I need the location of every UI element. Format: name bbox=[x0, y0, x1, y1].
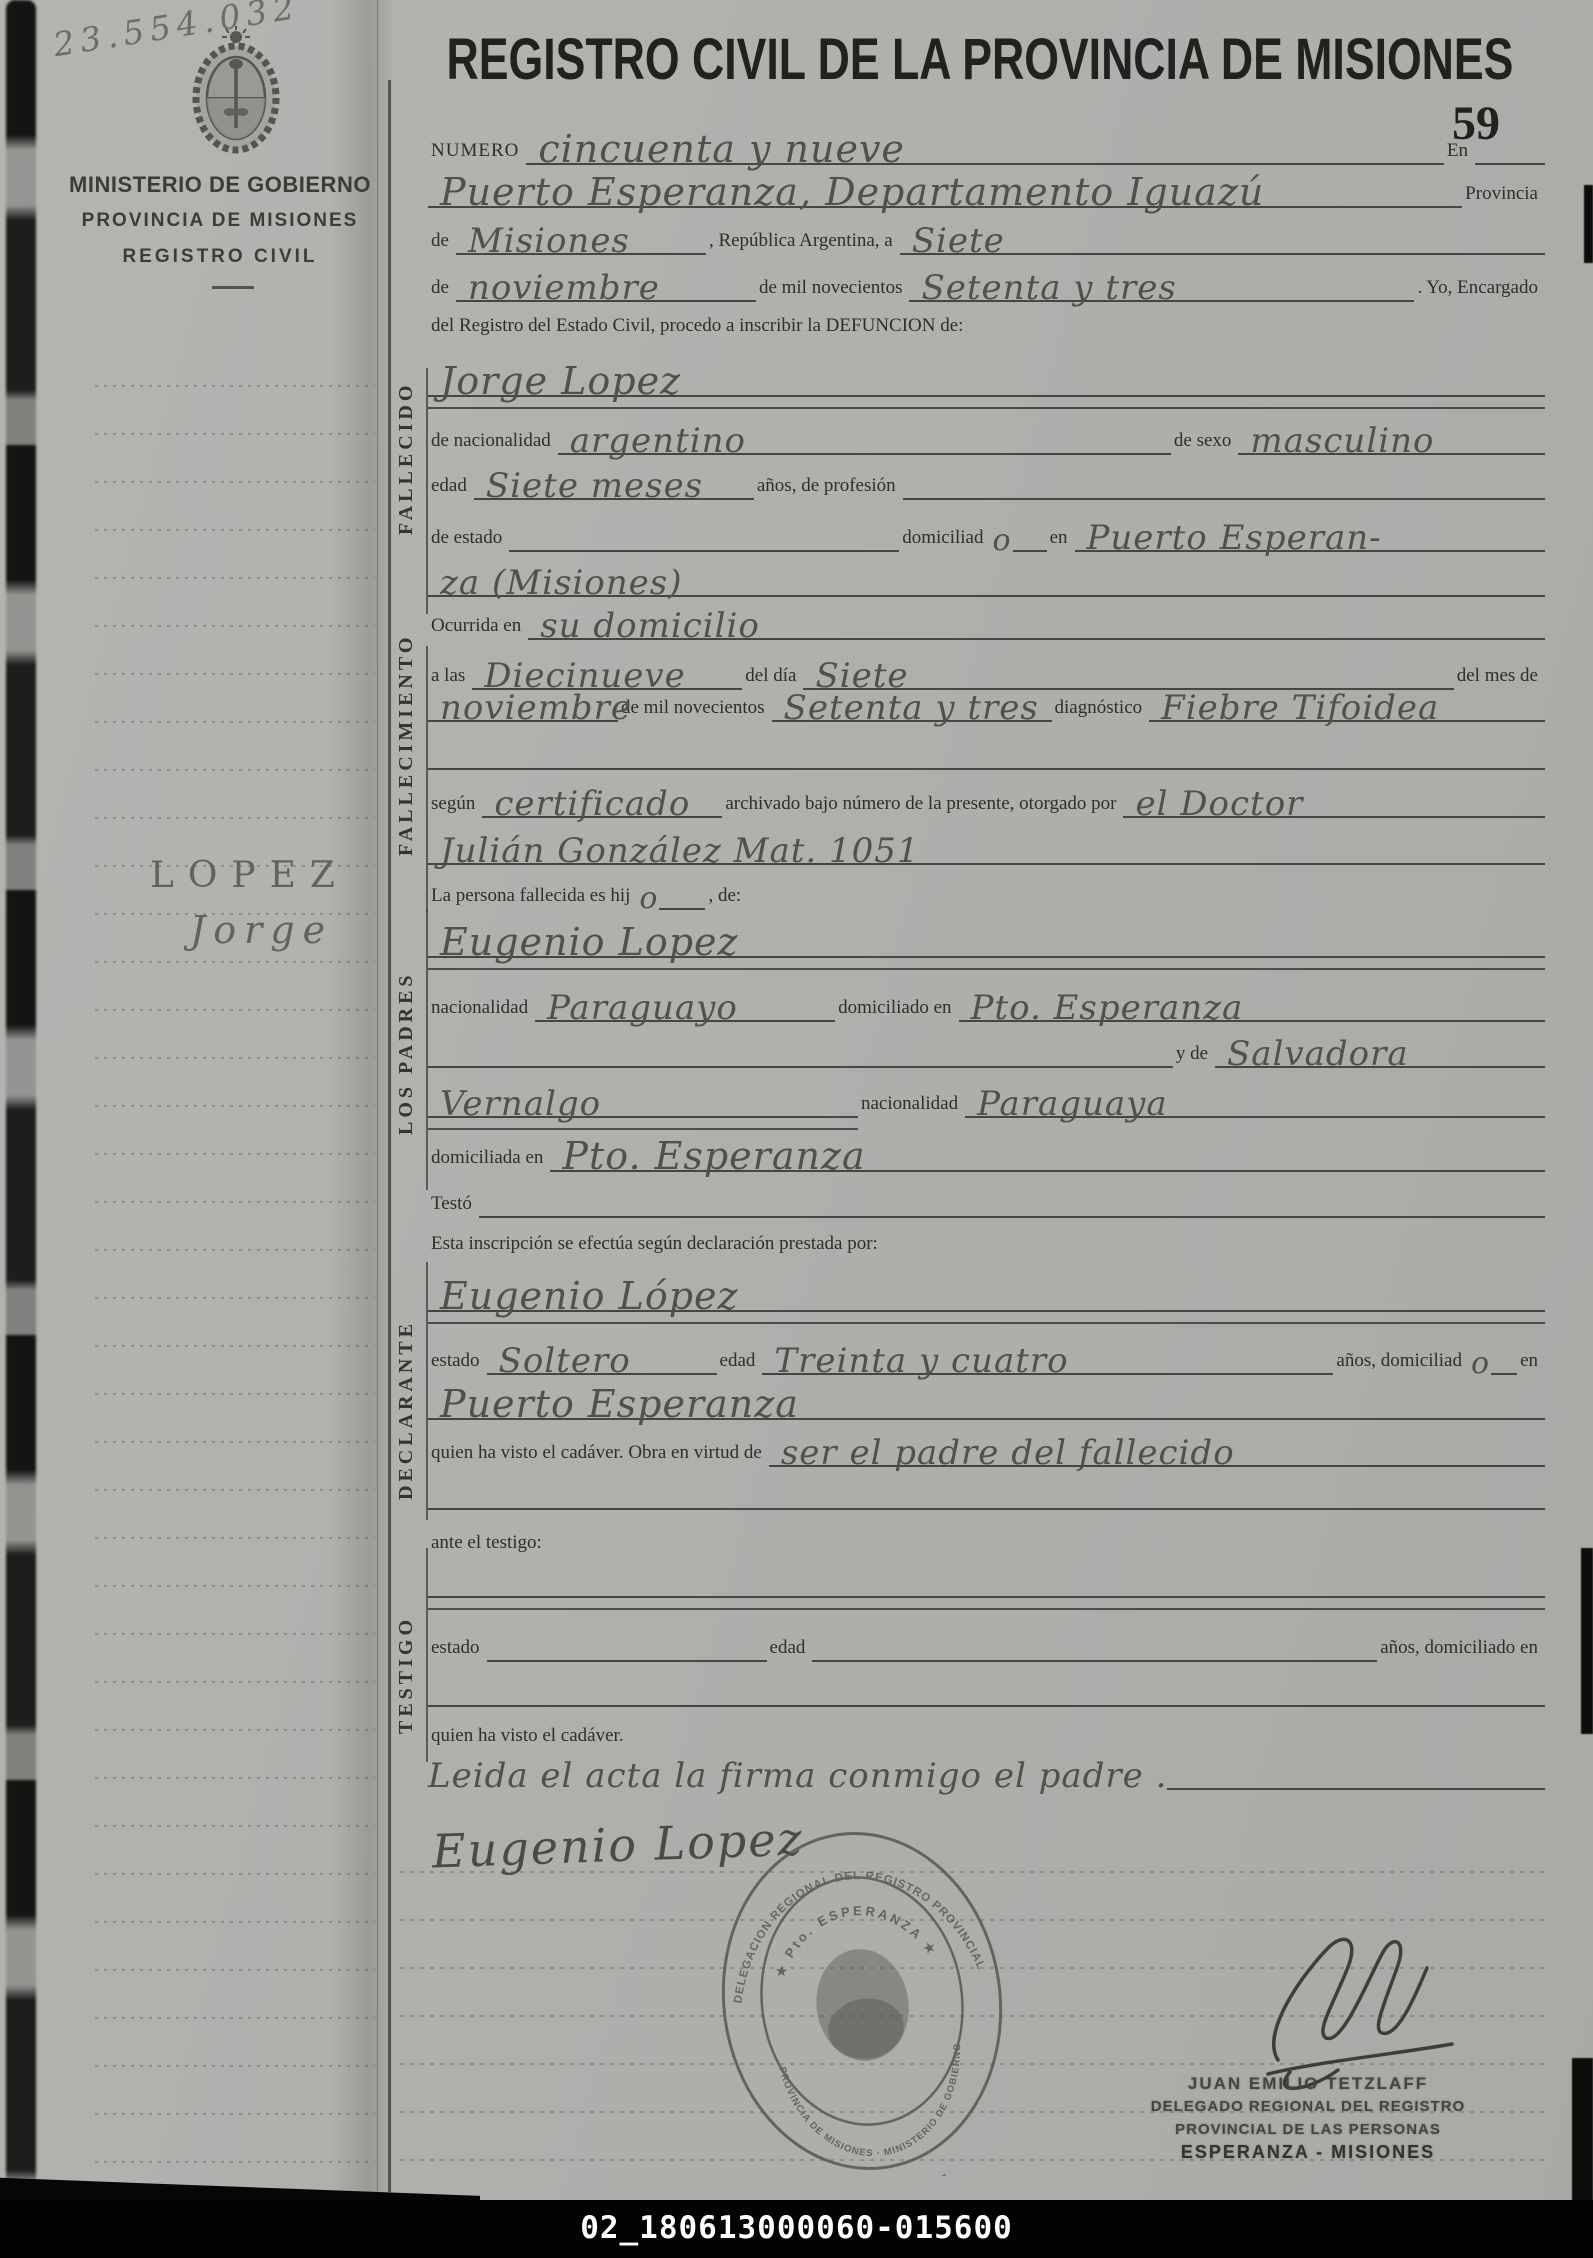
field-line-province: de Misiones , República Argentina, a Sie… bbox=[428, 211, 1545, 255]
mother-nationality-value: Paraguaya bbox=[977, 1084, 1168, 1124]
archived-label: archivado bajo número de la presente, ot… bbox=[722, 793, 1123, 818]
place-field: Puerto Esperanza, Departamento Iguazú bbox=[428, 162, 1462, 208]
day-field: Siete bbox=[900, 209, 1545, 255]
according-label: según bbox=[428, 793, 482, 818]
father-name-field: Eugenio Lopez bbox=[428, 912, 1545, 958]
argentina-coat-of-arms bbox=[188, 24, 284, 158]
mother-domicile-field: Pto. Esperanza bbox=[550, 1126, 1545, 1172]
occurred-value: su domicilio bbox=[540, 606, 760, 646]
occurred-field: su domicilio bbox=[528, 594, 1545, 640]
field-line-deceased-name: Jorge Lopez bbox=[428, 353, 1545, 397]
field-line-occurred: Ocurrida en su domicilio bbox=[428, 596, 1545, 640]
book-binding-edge bbox=[6, 0, 36, 2258]
sidebar-office: REGISTRO CIVIL bbox=[60, 246, 380, 268]
section-label-fallecimiento: FALLECIMIENTO bbox=[393, 606, 420, 884]
granted-by-value: el Doctor bbox=[1135, 784, 1303, 824]
declarant-domicile-value: Puerto Esperanza bbox=[440, 1382, 799, 1426]
mother-nationality-field: Paraguaya bbox=[965, 1072, 1545, 1118]
death-year-field: Setenta y tres bbox=[772, 676, 1052, 722]
field-line-nationality: de nacionalidad argentino de sexo mascul… bbox=[428, 411, 1545, 455]
mother-name-field: Salvadora bbox=[1215, 1022, 1545, 1068]
gender-ending-field bbox=[1013, 506, 1047, 552]
field-line-closing: Leida el acta la firma conmigo el padre … bbox=[428, 1746, 1545, 1790]
margin-ruled-lines bbox=[95, 340, 375, 2200]
field-line-mother-domicile: domiciliada en Pto. Esperanza bbox=[428, 1128, 1545, 1172]
mil-novecientos-label-2: de mil novecientos bbox=[618, 697, 772, 722]
declarant-domicile-field: Puerto Esperanza bbox=[428, 1374, 1545, 1420]
witness-age-field bbox=[812, 1616, 1377, 1662]
province-field: Misiones bbox=[456, 209, 706, 255]
double-rule bbox=[428, 1608, 1545, 1610]
diagnosis-label: diagnóstico bbox=[1052, 697, 1150, 722]
official-title-line: DELEGADO REGIONAL DEL REGISTRO bbox=[1112, 2095, 1504, 2118]
doctor-field: Julián González Mat. 1051 bbox=[428, 819, 1545, 865]
nationality-field: argentino bbox=[558, 409, 1171, 455]
father-domicile-field: Pto. Esperanza bbox=[959, 976, 1545, 1022]
deceased-name-field: Jorge Lopez bbox=[428, 351, 1545, 397]
declarant-gender-field bbox=[1491, 1329, 1517, 1375]
field-line-domicile-2: za (Misiones) bbox=[428, 553, 1545, 597]
field-line-declarant-state: estado Soltero edad Treinta y cuatro año… bbox=[428, 1331, 1545, 1375]
declarant-name-field: Eugenio López bbox=[428, 1266, 1545, 1312]
virtue-field: ser el padre del fallecido bbox=[769, 1421, 1545, 1467]
sidebar-divider bbox=[212, 286, 254, 289]
blank-field bbox=[428, 1022, 1173, 1068]
father-nationality-field: Paraguayo bbox=[535, 976, 835, 1022]
blank-line bbox=[428, 726, 1545, 770]
field-line-virtue: quien ha visto el cadáver. Obra en virtu… bbox=[428, 1423, 1545, 1467]
archive-code: 02_180613000060-015600 bbox=[0, 2200, 1593, 2256]
scan-edge-artifact bbox=[1572, 2058, 1593, 2204]
nationality-label: de nacionalidad bbox=[428, 430, 558, 455]
scan-edge-artifact bbox=[1581, 1548, 1593, 1734]
official-location-line: ESPERANZA - MISIONES bbox=[1112, 2141, 1504, 2164]
domicile-field-2: za (Misiones) bbox=[428, 551, 1545, 597]
section-label-declarante: DECLARANTE bbox=[393, 1316, 420, 1504]
witness-age-label: edad bbox=[767, 1637, 813, 1662]
declaration-label: Esta inscripción se efectúa según declar… bbox=[428, 1233, 885, 1258]
child-of-label: La persona fallecida es hij bbox=[428, 885, 637, 910]
province-value: Misiones bbox=[468, 221, 630, 261]
scan-footer-bar: 02_180613000060-015600 bbox=[0, 2200, 1593, 2258]
sex-label: de sexo bbox=[1171, 430, 1239, 455]
field-line-numero: NUMERO cincuenta y nueve En bbox=[428, 121, 1545, 165]
blank-field bbox=[428, 1552, 1545, 1598]
scanned-death-certificate: 23.554.032 MINISTERIO DE GOBIERNO PROVIN… bbox=[0, 0, 1593, 2258]
field-line-doctor: Julián González Mat. 1051 bbox=[428, 821, 1545, 865]
witness-state-field bbox=[487, 1616, 767, 1662]
declarant-age-field: Treinta y cuatro bbox=[762, 1329, 1333, 1375]
granted-by-field: el Doctor bbox=[1123, 772, 1545, 818]
certificate-field: certificado bbox=[482, 772, 722, 818]
registrar-signature bbox=[1246, 1912, 1466, 2092]
declarant-age-label: edad bbox=[717, 1350, 763, 1375]
death-year-value: Setenta y tres bbox=[784, 688, 1039, 728]
field-line-witness-state: estado edad años, domiciliado en bbox=[428, 1618, 1545, 1662]
domicile-field: Puerto Esperan- bbox=[1075, 506, 1546, 552]
blank-field bbox=[428, 1661, 1545, 1707]
domiciled-label: domiciliad bbox=[899, 527, 990, 552]
field-line-testo: Testó bbox=[428, 1174, 1545, 1218]
closing-field bbox=[1167, 1744, 1545, 1790]
intro-label: del Registro del Estado Civil, procedo a… bbox=[428, 315, 970, 340]
sex-field: masculino bbox=[1238, 409, 1545, 455]
stamp-ring-outer-bottom: DE LAS PERSONAS bbox=[821, 2170, 957, 2176]
diagnosis-field: Fiebre Tifoidea bbox=[1149, 676, 1545, 722]
witness-domiciled-label: años, domiciliado en bbox=[1377, 1637, 1545, 1662]
margin-surname: LOPEZ bbox=[150, 855, 349, 896]
text-line-declaration: Esta inscripción se efectúa según declar… bbox=[428, 1214, 1545, 1258]
declarant-state-label: estado bbox=[428, 1350, 487, 1375]
blank-line bbox=[428, 1663, 1545, 1707]
mother-surname-field: Vernalgo bbox=[428, 1072, 858, 1118]
certificate-value: certificado bbox=[494, 784, 690, 824]
text-line-intro: del Registro del Estado Civil, procedo a… bbox=[428, 296, 1545, 340]
field-line-declarant-domicile: Puerto Esperanza bbox=[428, 1376, 1545, 1420]
double-rule bbox=[428, 968, 1545, 970]
father-domicile-label: domiciliado en bbox=[835, 997, 958, 1022]
civil-state-field bbox=[509, 506, 899, 552]
death-month-field: noviembre bbox=[428, 676, 618, 722]
form-left-border-thin bbox=[377, 0, 378, 2200]
witness-state-label: estado bbox=[428, 1637, 487, 1662]
field-line-child-of: La persona fallecida es hij o , de: bbox=[428, 866, 1545, 910]
official-title-line: PROVINCIAL DE LAS PERSONAS bbox=[1112, 2118, 1504, 2141]
blank-field bbox=[428, 724, 1545, 770]
margin-given-name: Jorge bbox=[190, 908, 333, 952]
declarant-en-label: en bbox=[1517, 1350, 1545, 1375]
occurred-label: Ocurrida en bbox=[428, 615, 528, 640]
field-line-age: edad Siete meses años, de profesión bbox=[428, 456, 1545, 500]
section-label-los-padres: LOS PADRES bbox=[393, 962, 420, 1144]
field-line-certificate: según certificado archivado bajo número … bbox=[428, 774, 1545, 818]
mother-name-value: Salvadora bbox=[1227, 1034, 1409, 1074]
father-nationality-label: nacionalidad bbox=[428, 997, 535, 1022]
declarant-state-field: Soltero bbox=[487, 1329, 717, 1375]
en-label: en bbox=[1047, 527, 1075, 552]
field-line-father-nationality: nacionalidad Paraguayo domiciliado en Pt… bbox=[428, 978, 1545, 1022]
age-label: edad bbox=[428, 475, 474, 500]
child-gender-value: o bbox=[639, 881, 657, 916]
field-line-mother-surname: Vernalgo nacionalidad Paraguaya bbox=[428, 1074, 1545, 1118]
death-month-value: noviembre bbox=[440, 688, 632, 728]
declarant-name-value: Eugenio López bbox=[440, 1274, 739, 1318]
blank-line bbox=[428, 1554, 1545, 1598]
de-label: de bbox=[428, 230, 456, 255]
age-field: Siete meses bbox=[474, 454, 754, 500]
place-value: Puerto Esperanza, Departamento Iguazú bbox=[440, 170, 1264, 214]
official-name: JUAN EMILIO TETZLAFF bbox=[1112, 2072, 1504, 2095]
field-line-civil-state: de estado domiciliad o en Puerto Esperan… bbox=[428, 508, 1545, 552]
field-line-father-name: Eugenio Lopez bbox=[428, 914, 1545, 958]
sidebar-ministry: MINISTERIO DE GOBIERNO bbox=[60, 172, 380, 198]
civil-state-label: de estado bbox=[428, 527, 509, 552]
child-gender-field bbox=[659, 864, 705, 910]
testo-field bbox=[479, 1172, 1545, 1218]
day-value: Siete bbox=[912, 221, 1005, 261]
official-name-block: JUAN EMILIO TETZLAFF DELEGADO REGIONAL D… bbox=[1112, 2072, 1504, 2164]
mother-domicile-label: domiciliada en bbox=[428, 1147, 550, 1172]
provincia-label: Provincia bbox=[1462, 183, 1545, 208]
official-round-stamp: DELEGACION REGIONAL DEL REGISTRO PROVINC… bbox=[712, 1826, 1012, 2176]
sidebar-province: PROVINCIA DE MISIONES bbox=[60, 210, 380, 232]
section-label-fallecido: FALLECIDO bbox=[393, 396, 420, 520]
profession-label: años, de profesión bbox=[754, 475, 903, 500]
numero-field: cincuenta y nueve bbox=[526, 119, 1444, 165]
field-line-place: Puerto Esperanza, Departamento Iguazú Pr… bbox=[428, 164, 1545, 208]
text-line-before-witness: ante el testigo: bbox=[428, 1513, 1545, 1557]
mother-nationality-label: nacionalidad bbox=[858, 1093, 965, 1118]
mother-surname-value: Vernalgo bbox=[440, 1084, 601, 1124]
page-title: REGISTRO CIVIL DE LA PROVINCIA DE MISION… bbox=[447, 24, 1514, 93]
declarant-domiciled-label: años, domiciliad bbox=[1333, 1350, 1469, 1375]
field-line-mother: y de Salvadora bbox=[428, 1024, 1545, 1068]
form-left-border bbox=[388, 80, 391, 2192]
profession-field bbox=[903, 454, 1545, 500]
double-rule bbox=[428, 1322, 1545, 1324]
svg-text:DE LAS PERSONAS: DE LAS PERSONAS bbox=[821, 2170, 957, 2176]
blank-field bbox=[428, 1464, 1545, 1510]
en-field bbox=[1475, 119, 1545, 165]
age-value: Siete meses bbox=[486, 466, 703, 506]
father-name-value: Eugenio Lopez bbox=[440, 920, 739, 964]
and-of-label: y de bbox=[1173, 1043, 1215, 1068]
diagnosis-value: Fiebre Tifoidea bbox=[1161, 688, 1439, 728]
blank-line bbox=[428, 1466, 1545, 1510]
scan-edge-artifact bbox=[1584, 185, 1593, 263]
deceased-name-value: Jorge Lopez bbox=[440, 359, 681, 403]
field-line-death-month: noviembre de mil novecientos Setenta y t… bbox=[428, 678, 1545, 722]
field-line-declarant-name: Eugenio López bbox=[428, 1268, 1545, 1312]
closing-value: Leida el acta la firma conmigo el padre … bbox=[428, 1756, 1167, 1796]
section-label-testigo: TESTIGO bbox=[393, 1616, 420, 1734]
republica-label: , República Argentina, a bbox=[706, 230, 900, 255]
child-de-label: , de: bbox=[705, 885, 748, 910]
